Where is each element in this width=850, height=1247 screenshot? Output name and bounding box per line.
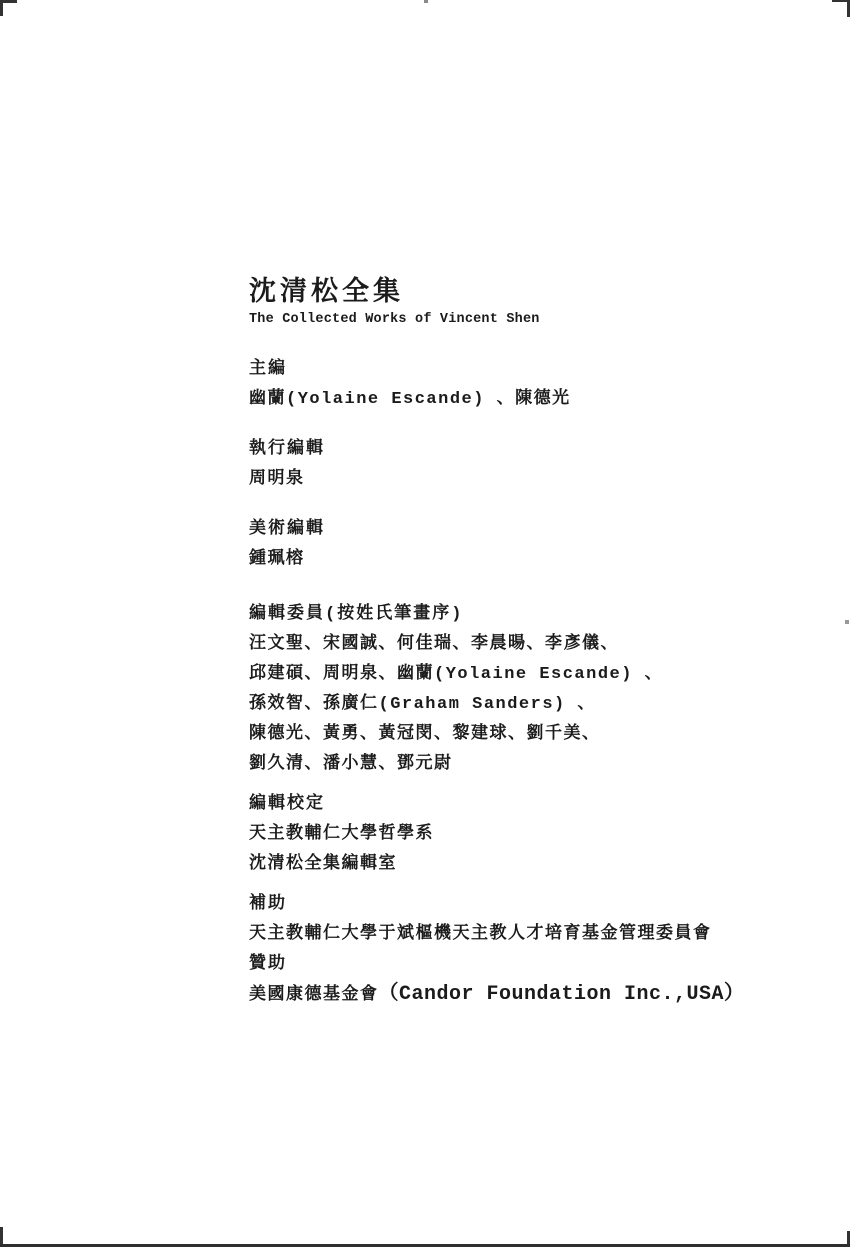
section-label-executive-editor: 執行編輯 [249, 435, 729, 465]
section-editorial-proofreading: 編輯校定 天主教輔仁大學哲學系 沈清松全集編輯室 [249, 790, 729, 880]
section-line: 周明泉 [249, 465, 729, 495]
section-sponsor: 贊助 美國康德基金會（Candor Foundation Inc.,USA） [249, 950, 729, 1011]
colophon-content: 沈清松全集 The Collected Works of Vincent She… [249, 278, 729, 1011]
section-art-editor: 美術編輯 鍾珮榕 [249, 515, 729, 575]
sponsor-line: 美國康德基金會（Candor Foundation Inc.,USA） [249, 980, 729, 1011]
scanned-colophon-page: 沈清松全集 The Collected Works of Vincent She… [0, 0, 850, 1247]
section-label-editorial-committee: 編輯委員(按姓氏筆畫序) [249, 600, 729, 630]
committee-members-line: 陳德光、黃勇、黃冠閔、黎建球、劉千美、 [249, 720, 729, 750]
section-line: 天主教輔仁大學于斌樞機天主教人才培育基金管理委員會 [249, 920, 729, 950]
book-title-english: The Collected Works of Vincent Shen [249, 310, 729, 330]
scan-speck-top [424, 0, 428, 3]
sponsor-name-latin: （Candor Foundation Inc.,USA） [379, 983, 745, 1006]
section-line: 鍾珮榕 [249, 545, 729, 575]
committee-members-line: 孫效智、孫廣仁(Graham Sanders) 、 [249, 690, 729, 720]
book-title-cjk: 沈清松全集 [249, 278, 729, 310]
sponsor-name-cjk: 美國康德基金會 [249, 986, 379, 1005]
committee-members-line: 邱建碩、周明泉、幽蘭(Yolaine Escande) 、 [249, 660, 729, 690]
section-label-chief-editor: 主編 [249, 355, 729, 385]
section-subsidy: 補助 天主教輔仁大學于斌樞機天主教人才培育基金管理委員會 [249, 890, 729, 950]
section-line: 幽蘭(Yolaine Escande) 、陳德光 [249, 385, 729, 415]
page-edge-mark-top-left-vertical [0, 0, 3, 16]
section-editorial-committee: 編輯委員(按姓氏筆畫序) 汪文聖、宋國誠、何佳瑞、李晨暘、李彥儀、 邱建碩、周明… [249, 600, 729, 780]
section-label-art-editor: 美術編輯 [249, 515, 729, 545]
section-label-sponsor: 贊助 [249, 950, 729, 980]
section-label-subsidy: 補助 [249, 890, 729, 920]
section-line: 沈清松全集編輯室 [249, 850, 729, 880]
section-line: 天主教輔仁大學哲學系 [249, 820, 729, 850]
scan-speck-right [845, 620, 849, 624]
section-label-editorial-proofreading: 編輯校定 [249, 790, 729, 820]
section-executive-editor: 執行編輯 周明泉 [249, 435, 729, 495]
committee-members-line: 劉久清、潘小慧、鄧元尉 [249, 750, 729, 780]
committee-members-line: 汪文聖、宋國誠、何佳瑞、李晨暘、李彥儀、 [249, 630, 729, 660]
section-chief-editor: 主編 幽蘭(Yolaine Escande) 、陳德光 [249, 355, 729, 415]
